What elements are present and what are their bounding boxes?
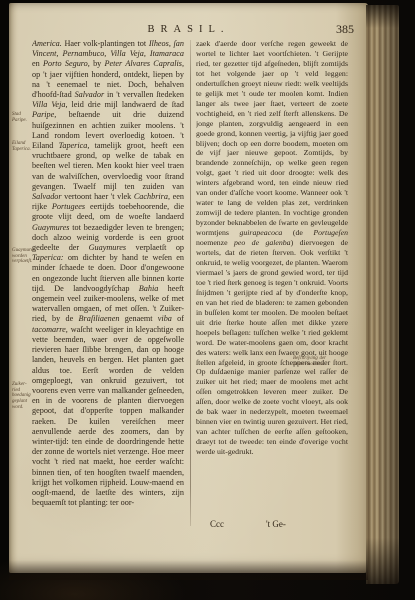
- margin-note-eiland-taperica: Eiland Taperica.: [12, 141, 31, 152]
- book-page: BRASIL. 385 America. Haer volk-plantinge…: [9, 3, 368, 573]
- book-fore-edge: [366, 5, 399, 584]
- margin-note-guaymures: Guaymures worden verplaetſt.: [12, 248, 31, 265]
- column-divider-rule: [190, 40, 191, 526]
- margin-note-stad-paripe: Stad Paripe.: [12, 112, 31, 123]
- margin-note-zuiker-moolens: Beſchrij­ving der zuiker-moolens.: [293, 356, 330, 367]
- text-column-right: zaek d'aerde door verſche regen geweekt …: [196, 39, 348, 525]
- book-photo-background: BRASIL. 385 America. Haer volk-plantinge…: [0, 0, 415, 600]
- signature-mark: Ccc: [210, 519, 224, 529]
- catchword: 't Ge-: [266, 519, 286, 529]
- running-title: BRASIL.: [9, 24, 368, 35]
- margin-note-zuiker-ried: Zuiker-ried hoedanig geplant word.: [12, 382, 31, 411]
- text-block: America. Haer volk-plantingen tot Ilheos…: [32, 39, 348, 526]
- text-column-left: America. Haer volk-plantingen tot Ilheos…: [32, 39, 184, 525]
- page-number: 385: [336, 22, 354, 37]
